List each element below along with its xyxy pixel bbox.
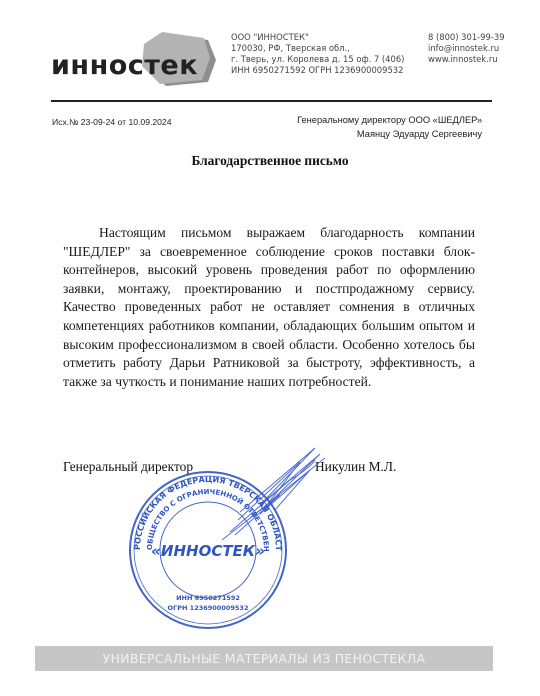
outgoing-reference: Исх.№ 23-09-24 от 10.09.2024 xyxy=(52,117,171,127)
company-name: ООО "ИННОСТЕК" xyxy=(231,32,404,43)
company-address-line-1: 170030, РФ, Тверская обл., xyxy=(231,43,404,54)
email-link[interactable]: info@innostek.ru xyxy=(428,43,505,54)
letter-body: Настоящим письмом выражаем благодарность… xyxy=(63,224,475,391)
addressee-name: Маянцу Эдуарду Сергеевичу xyxy=(297,127,482,141)
letter-title: Благодарственное письмо xyxy=(0,153,540,169)
addressee-position: Генеральному директору ООО «ШЕДЛЕР» xyxy=(297,113,482,127)
stamp-seal-icon: РОССИЙСКАЯ ФЕДЕРАЦИЯ ТВЕРСКАЯ ОБЛАСТЬ Г.… xyxy=(110,440,330,640)
company-contacts: 8 (800) 301-99-39 info@innostek.ru www.i… xyxy=(428,32,505,65)
company-details: ООО "ИННОСТЕК" 170030, РФ, Тверская обл.… xyxy=(231,32,404,76)
company-logo: инностек xyxy=(48,30,223,90)
stamp-inn: ИНН 6950271592 xyxy=(176,594,240,602)
company-address-line-2: г. Тверь, ул. Королева д. 15 оф. 7 (406) xyxy=(231,54,404,65)
header-divider xyxy=(51,100,492,102)
addressee-block: Генеральному директору ООО «ШЕДЛЕР» Маян… xyxy=(297,113,482,141)
stamp-ogrn: ОГРН 1236900009532 xyxy=(168,604,249,612)
stamp-center-text: «ИННОСТЕК» xyxy=(151,542,265,560)
website-link[interactable]: www.innostek.ru xyxy=(428,54,505,65)
company-registration: ИНН 6950271592 ОГРН 1236900009532 xyxy=(231,65,404,76)
logo-wordmark: инностек xyxy=(51,50,198,81)
company-stamp: РОССИЙСКАЯ ФЕДЕРАЦИЯ ТВЕРСКАЯ ОБЛАСТЬ Г.… xyxy=(110,440,330,640)
phone-number: 8 (800) 301-99-39 xyxy=(428,32,505,43)
footer-slogan: УНИВЕРСАЛЬНЫЕ МАТЕРИАЛЫ ИЗ ПЕНОСТЕКЛА xyxy=(35,646,493,671)
